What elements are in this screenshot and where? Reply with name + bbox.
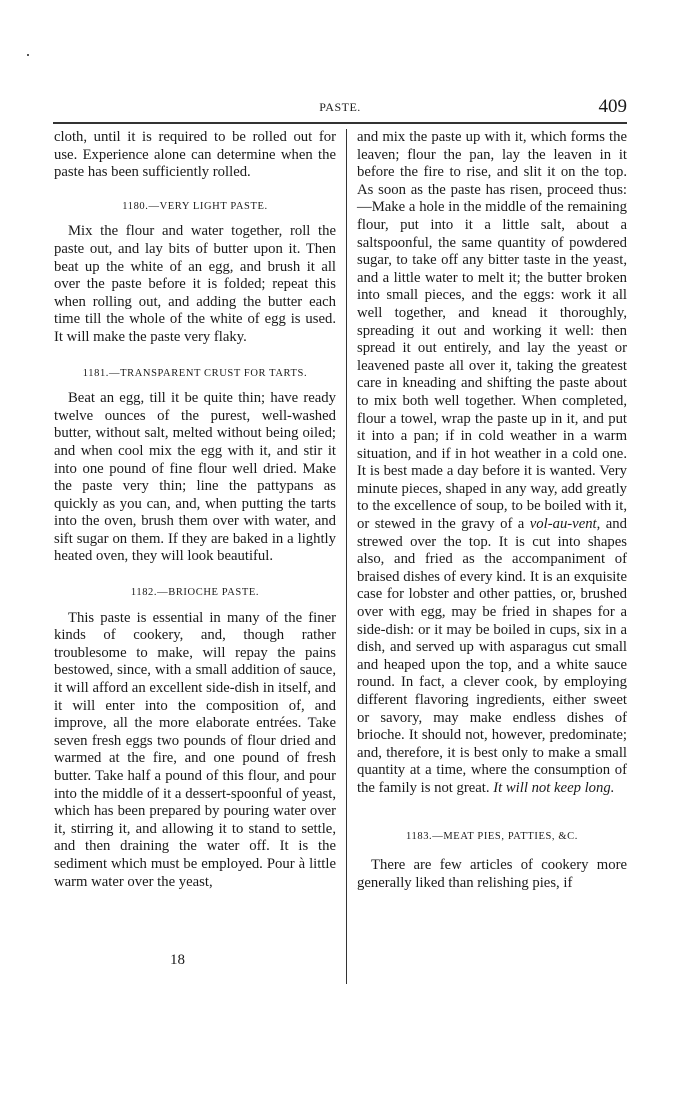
recipe-body-1183: There are few articles of cookery more g… [357, 857, 627, 892]
recipe-body-1182: This paste is essential in many of the f… [54, 610, 336, 892]
column-divider [346, 129, 347, 984]
closing-note: It will not keep long. [493, 780, 614, 796]
page-number: 409 [599, 96, 628, 118]
header-rule [53, 122, 627, 124]
running-head: PASTE. 409 [53, 96, 627, 120]
recipe-heading-1183: 1183.—MEAT PIES, PATTIES, &c. [357, 828, 627, 846]
recipe-body-1180: Mix the flour and water together, roll t… [54, 223, 336, 346]
right-column: and mix the paste up with it, which form… [357, 129, 627, 892]
recipe-body-1181: Beat an egg, till it be quite thin; have… [54, 390, 336, 566]
continuation-paragraph-brioche: and mix the paste up with it, which form… [357, 129, 627, 798]
italic-term: vol-au-vent [530, 516, 597, 532]
recipe-heading-1182: 1182.—BRIOCHE PASTE. [54, 584, 336, 602]
recipe-heading-1181: 1181.—TRANSPARENT CRUST FOR TARTS. [54, 365, 336, 383]
scan-speck [27, 54, 29, 56]
signature-mark: 18 [170, 952, 185, 969]
continuation-paragraph: cloth, until it is required to be rolled… [54, 129, 336, 182]
recipe-heading-1180: 1180.—VERY LIGHT PASTE. [54, 198, 336, 216]
brioche-text-part-1: and mix the paste up with it, which form… [357, 129, 627, 532]
left-column: cloth, until it is required to be rolled… [54, 129, 336, 891]
brioche-text-part-2: , and strewed over the top. It is cut in… [357, 516, 627, 796]
running-title: PASTE. [53, 100, 627, 115]
